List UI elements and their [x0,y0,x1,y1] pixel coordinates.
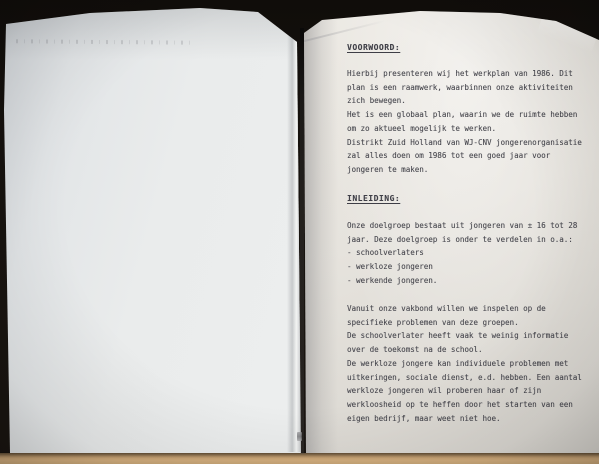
section-heading-inleiding: INLEIDING: [347,192,400,206]
section-heading-voorwoord: VOORWOORD: [347,41,400,55]
photo-of-open-typewritten-document: VOORWOORD: Hierbij presenteren wij het w… [0,0,599,464]
binding-seam [300,28,304,454]
inleiding-doelgroep-list: Onze doelgroep bestaat uit jongeren van … [347,219,577,288]
page-fold-edge [287,32,300,452]
inleiding-problems-paragraph: Vanuit onze vakbond willen we inspelen o… [347,302,582,425]
staple-mark [297,432,302,441]
voorwoord-paragraphs: Hierbij presenteren wij het werkplan van… [347,67,582,177]
